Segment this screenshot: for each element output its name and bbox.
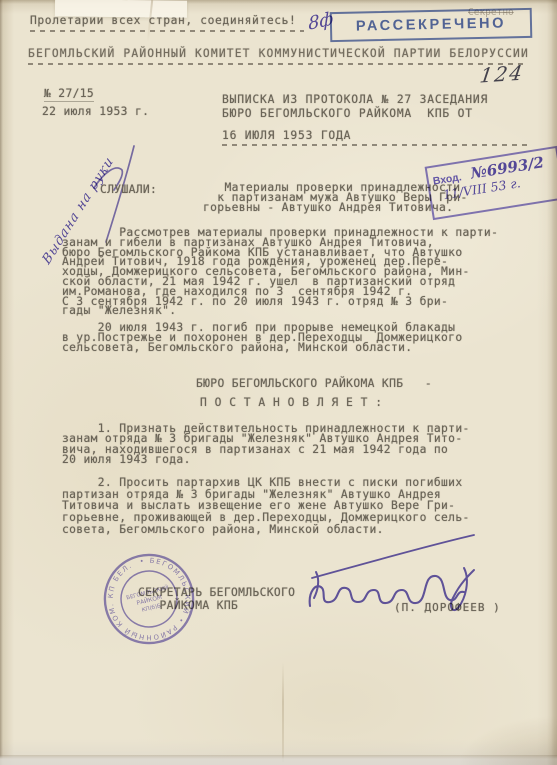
letterhead-underline — [28, 63, 526, 65]
doc-date: 22 июля 1953 г. — [42, 105, 149, 118]
declassified-stamp: РАССЕКРЕЧЕНО — [330, 8, 533, 42]
doc-number: № 27/15 — [44, 87, 94, 102]
bottom-edge-shadow — [0, 755, 557, 765]
crease-bottom — [282, 662, 284, 762]
resolution-item1: 1. Признать действительность принадлежно… — [62, 424, 470, 465]
handwritten-signature — [296, 510, 546, 625]
page-number: 124 — [478, 60, 525, 87]
round-seal: • БЕГОМЛЬСКИЙ • РАЙОННЫЙ КОМ. КП БЕЛ. БЕ… — [90, 540, 209, 659]
heard-label: СЛУШАЛИ: — [100, 183, 157, 196]
incoming-stamp: Вход. №6993/2 11/VIII 53 г. — [425, 146, 557, 220]
declassified-stamp-label: РАССЕКРЕЧЕНО — [356, 15, 506, 34]
slogan-underline — [30, 30, 304, 32]
scanned-document-page: Пролетарии всех стран, соединяйтесь! Сек… — [0, 0, 557, 765]
title-line3: 16 ИЮЛЯ 1953 ГОДА — [222, 129, 351, 142]
body-paragraph1: Рассмотрев материалы проверки принадлежн… — [62, 228, 498, 316]
resolution-heading2: П О С Т А Н О В Л Я Е Т : — [200, 396, 383, 409]
title-line1: ВЫПИСКА ИЗ ПРОТОКОЛА № 27 ЗАСЕДАНИЯ — [222, 93, 488, 106]
slogan: Пролетарии всех стран, соединяйтесь! — [30, 14, 296, 27]
resolution-heading1: БЮРО БЕГОМЛЬСКОГО РАЙКОМА КПБ - — [196, 377, 432, 390]
title-underline — [222, 144, 527, 146]
body-paragraph2: 20 июля 1943 г. погиб при прорыве немецк… — [62, 323, 462, 354]
letterhead-org: БЕГОМЛЬСКИЙ РАЙОННЫЙ КОМИТЕТ КОММУНИСТИЧ… — [28, 47, 529, 60]
title-line2: БЮРО БЕГОМЛЬСКОГО РАЙКОМА КПБ ОТ — [222, 107, 473, 120]
